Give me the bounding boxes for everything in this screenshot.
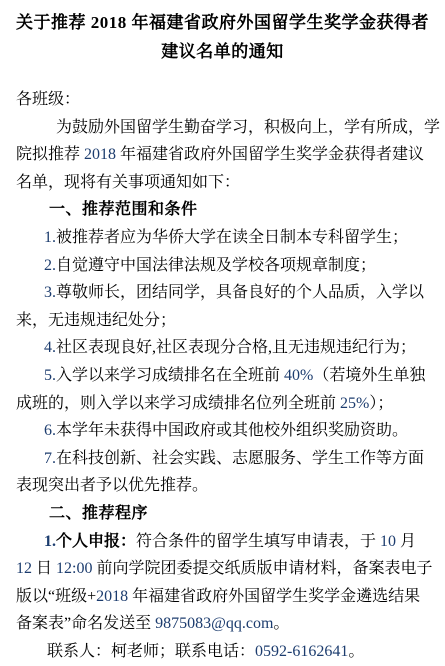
accent-text-run: 2018 — [96, 588, 128, 605]
text-run: 符合条件的留学生填写申请表，于 — [136, 533, 380, 550]
text-run: （若境外生单独 — [313, 367, 425, 384]
text-run: 被推荐者应为华侨大学在读全日制本专科留学生； — [56, 229, 408, 246]
text-line: 12 日 12:00 前向学院团委提交纸质版申请材料，备案表电子 — [16, 555, 429, 583]
text-line: 7.在科技创新、社会实践、志愿服务、学生工作等方面 — [16, 445, 429, 473]
accent-text-run: 12:00 — [56, 560, 92, 577]
text-run: 年福建省政府外国留学生奖学金获得者建议 — [116, 146, 424, 163]
text-line: 5.入学以来学习成绩排名在全班前 40%（若境外生单独 — [16, 362, 429, 390]
section-heading: 一、推荐范围和条件 — [16, 196, 429, 224]
notice-document: 关于推荐 2018 年福建省政府外国留学生奖学金获得者 建议名单的通知 各班级：… — [0, 0, 445, 666]
accent-text-run: 12 — [16, 560, 32, 577]
accent-text-run: 9875083@qq.com — [155, 615, 273, 632]
accent-text-run: 4. — [44, 339, 56, 356]
text-run: 年福建省政府外国留学生奖学金遴选结果 — [128, 588, 420, 605]
text-line: 6.本学年未获得中国政府或其他校外组织奖励资助。 — [16, 417, 429, 445]
text-line: 2.自觉遵守中国法律法规及学校各项规章制度； — [16, 252, 429, 280]
accent-text-run: 25% — [340, 395, 369, 412]
text-run: 一、推荐范围和条件 — [49, 201, 198, 218]
text-line: 版以“班级+2018 年福建省政府外国留学生奖学金遴选结果 — [16, 583, 429, 611]
text-line: 联系人：柯老师；联系电话：0592-6162641。 — [16, 638, 429, 666]
text-run: 尊敬师长，团结同学，具备良好的个人品质，入学以 — [56, 284, 424, 301]
section-heading: 二、推荐程序 — [16, 500, 429, 528]
text-run: 来，无违规违纪处分； — [16, 312, 176, 329]
text-line: 成班的，则入学以来学习成绩排名位列全班前 25%）； — [16, 390, 429, 418]
text-run: ）； — [369, 395, 393, 412]
accent-text-run: 3. — [44, 284, 56, 301]
accent-text-run: 0592-6162641 — [255, 643, 348, 660]
text-line: 来，无违规违纪处分； — [16, 307, 429, 335]
text-run: 为鼓励外国留学生勤奋学习，积极向上，学有所成，学 — [56, 119, 440, 136]
text-run: 本学年未获得中国政府或其他校外组织奖励资助。 — [56, 422, 408, 439]
text-run: 二、推荐程序 — [49, 505, 148, 522]
document-title: 关于推荐 2018 年福建省政府外国留学生奖学金获得者 建议名单的通知 — [16, 8, 429, 66]
text-line: 4.社区表现良好,社区表现分合格,且无违规违纪行为； — [16, 334, 429, 362]
text-run: 备案表”命名发送至 — [16, 615, 155, 632]
text-line: 3.尊敬师长，团结同学，具备良好的个人品质，入学以 — [16, 279, 429, 307]
text-line: 1.个人申报：符合条件的留学生填写申请表，于 10 月 — [16, 528, 429, 556]
text-run: 院拟推荐 — [16, 146, 84, 163]
accent-text-run: 2. — [44, 257, 56, 274]
title-line-2: 建议名单的通知 — [16, 37, 429, 66]
text-line: 名单，现将有关事项通知如下： — [16, 169, 429, 197]
text-run: 。 — [273, 615, 289, 632]
accent-text-run: 10 — [380, 533, 396, 550]
text-line: 为鼓励外国留学生勤奋学习，积极向上，学有所成，学 — [16, 114, 429, 142]
text-run: 月 — [396, 533, 416, 550]
text-run: 前向学院团委提交纸质版申请材料，备案表电子 — [92, 560, 432, 577]
accent-text-run: 1. — [44, 229, 56, 246]
text-line: 表现突出者予以优先推荐。 — [16, 472, 429, 500]
accent-text-run: 5. — [44, 367, 56, 384]
text-line: 院拟推荐 2018 年福建省政府外国留学生奖学金获得者建议 — [16, 141, 429, 169]
accent-text-run: 40% — [284, 367, 313, 384]
text-run: 联系人：柯老师；联系电话： — [47, 643, 255, 660]
text-run: 名单，现将有关事项通知如下： — [16, 174, 240, 191]
text-line: 1.被推荐者应为华侨大学在读全日制本专科留学生； — [16, 224, 429, 252]
text-run: 自觉遵守中国法律法规及学校各项规章制度； — [56, 257, 376, 274]
accent-text-run: 7. — [44, 450, 56, 467]
text-run: 成班的，则入学以来学习成绩排名位列全班前 — [16, 395, 340, 412]
text-run: 入学以来学习成绩排名在全班前 — [56, 367, 284, 384]
document-body: 为鼓励外国留学生勤奋学习，积极向上，学有所成，学院拟推荐 2018 年福建省政府… — [16, 114, 429, 666]
accent-text-run: 6. — [44, 422, 56, 439]
text-run: 表现突出者予以优先推荐。 — [16, 477, 208, 494]
title-line-1: 关于推荐 2018 年福建省政府外国留学生奖学金获得者 — [16, 8, 429, 37]
salutation: 各班级： — [16, 86, 429, 114]
text-run: 个人申报： — [56, 533, 136, 550]
text-run: 版以“班级+ — [16, 588, 96, 605]
text-run: 日 — [32, 560, 56, 577]
accent-text-run: 1. — [44, 533, 56, 550]
accent-text-run: 2018 — [84, 146, 116, 163]
text-run: 。 — [348, 643, 364, 660]
text-run: 社区表现良好,社区表现分合格,且无违规违纪行为； — [56, 339, 416, 356]
text-line: 备案表”命名发送至 9875083@qq.com。 — [16, 610, 429, 638]
text-run: 在科技创新、社会实践、志愿服务、学生工作等方面 — [56, 450, 424, 467]
